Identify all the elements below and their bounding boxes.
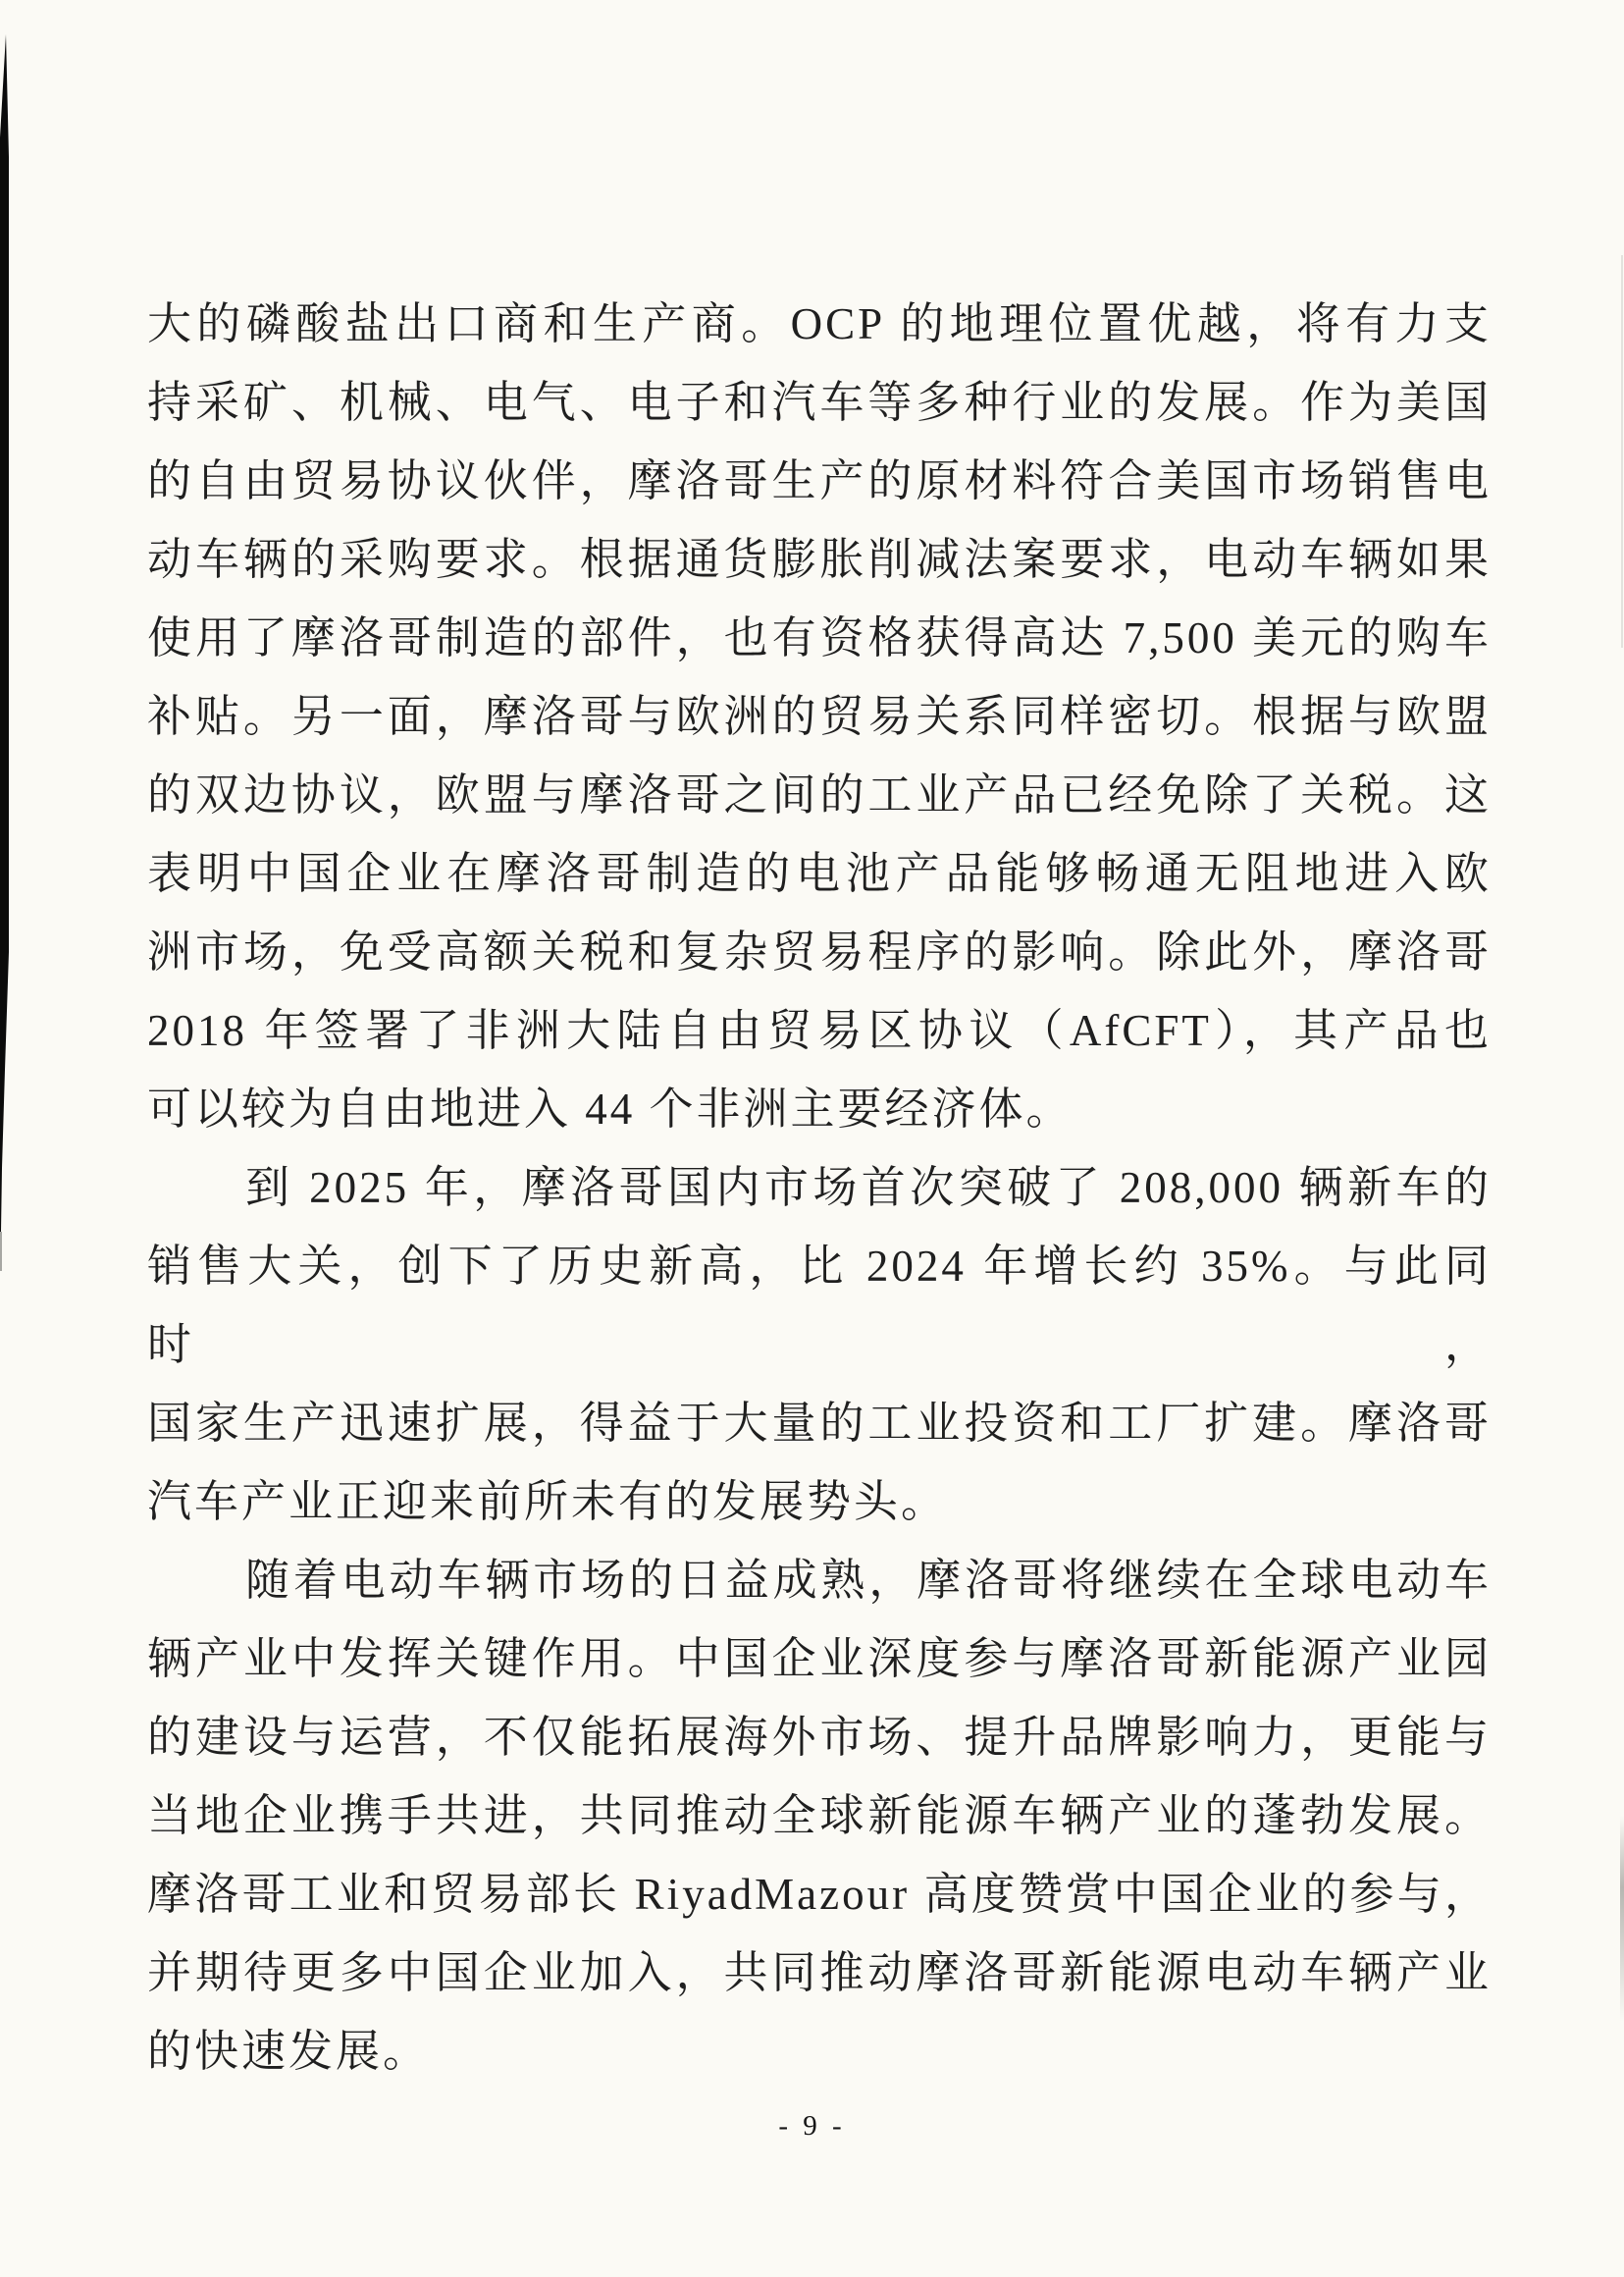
text-line: 大的磷酸盐出口商和生产商。OCP 的地理位置优越，将有力支 — [147, 285, 1492, 363]
text-line: 补贴。另一面，摩洛哥与欧洲的贸易关系同样密切。根据与欧盟 — [147, 677, 1492, 756]
text-line: 的双边协议，欧盟与摩洛哥之间的工业产品已经免除了关税。这 — [147, 756, 1492, 834]
text-line: 使用了摩洛哥制造的部件，也有资格获得高达 7,500 美元的购车 — [147, 599, 1492, 677]
text-line: 销售大关，创下了历史新高，比 2024 年增长约 35%。与此同时， — [147, 1227, 1492, 1384]
scan-streak-right — [1621, 255, 1623, 648]
text-line: 的建设与运营，不仅能拓展海外市场、提升品牌影响力，更能与 — [147, 1698, 1492, 1776]
text-line: 表明中国企业在摩洛哥制造的电池产品能够畅通无阻地进入欧 — [147, 834, 1492, 913]
scan-edge-artifact-left — [0, 0, 14, 1276]
text-line: 到 2025 年，摩洛哥国内市场首次突破了 208,000 辆新车的 — [147, 1148, 1492, 1227]
text-line: 可以较为自由地进入 44 个非洲主要经济体。 — [147, 1070, 1492, 1148]
body-text: 大的磷酸盐出口商和生产商。OCP 的地理位置优越，将有力支 持采矿、机械、电气、… — [147, 285, 1492, 2091]
text-line: 随着电动车辆市场的日益成熟，摩洛哥将继续在全球电动车 — [147, 1541, 1492, 1619]
text-line: 辆产业中发挥关键作用。中国企业深度参与摩洛哥新能源产业园 — [147, 1619, 1492, 1698]
page-number: - 9 - — [0, 2110, 1624, 2143]
text-line: 当地企业携手共进，共同推动全球新能源车辆产业的蓬勃发展。 — [147, 1776, 1492, 1855]
text-line: 汽车产业正迎来前所未有的发展势头。 — [147, 1462, 1492, 1541]
text-line: 摩洛哥工业和贸易部长 RiyadMazour 高度赞赏中国企业的参与， — [147, 1855, 1492, 1933]
text-line: 并期待更多中国企业加入，共同推动摩洛哥新能源电动车辆产业 — [147, 1933, 1492, 2012]
text-line: 持采矿、机械、电气、电子和汽车等多种行业的发展。作为美国 — [147, 363, 1492, 442]
text-line: 的快速发展。 — [147, 2012, 1492, 2091]
text-line: 2018 年签署了非洲大陆自由贸易区协议（AfCFT），其产品也 — [147, 991, 1492, 1070]
text-line: 动车辆的采购要求。根据通货膨胀削减法案要求，电动车辆如果 — [147, 520, 1492, 599]
text-line: 的自由贸易协议伙伴，摩洛哥生产的原材料符合美国市场销售电 — [147, 442, 1492, 520]
scan-smudge-right — [1620, 1816, 1624, 2022]
text-line: 国家生产迅速扩展，得益于大量的工业投资和工厂扩建。摩洛哥 — [147, 1384, 1492, 1462]
document-page: 大的磷酸盐出口商和生产商。OCP 的地理位置优越，将有力支 持采矿、机械、电气、… — [0, 0, 1624, 2277]
text-line: 洲市场，免受高额关税和复杂贸易程序的影响。除此外，摩洛哥 — [147, 913, 1492, 991]
